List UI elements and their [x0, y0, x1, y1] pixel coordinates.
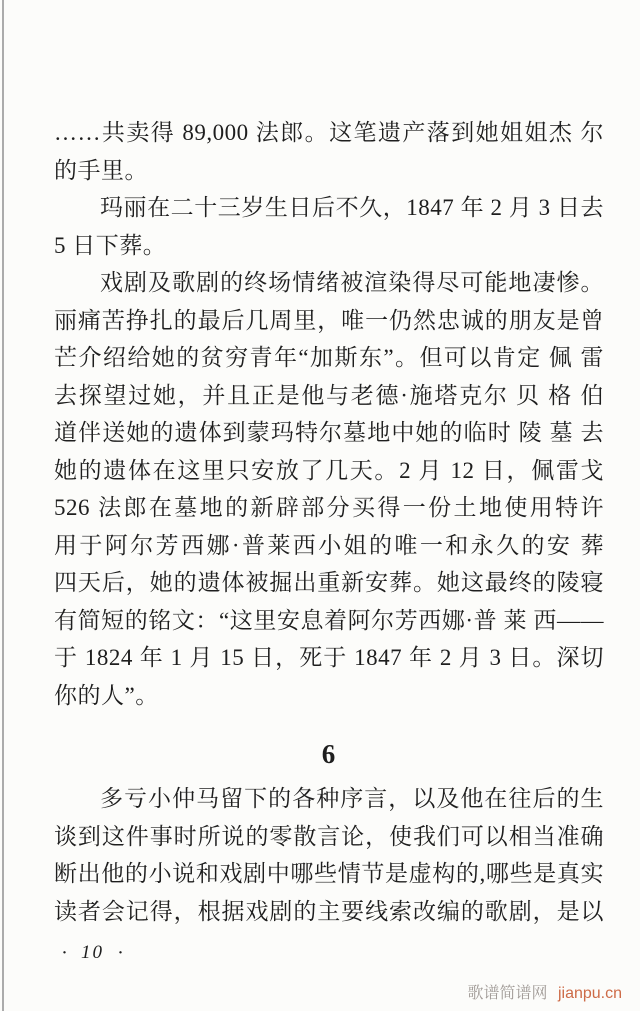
page-number-value: 10 [81, 942, 104, 964]
text-line: 多亏小仲马留下的各种序言，以及他在往后的生活中 [54, 780, 604, 818]
text-line: 读者会记得，根据戏剧的主要线索改编的歌剧，是以在玛 [54, 893, 604, 931]
paragraph-block-2: 多亏小仲马留下的各种序言，以及他在往后的生活中谈到这件事时所说的零散言论，使我们… [54, 780, 604, 930]
page-number: · 10 · [62, 939, 123, 967]
text-line: 断出他的小说和戏剧中哪些情节是虚构的,哪些是真实的。 [54, 855, 604, 893]
text-line: 四天后，她的遗体被掘出重新安葬。她这最终的陵寝上刻 [54, 564, 604, 602]
text-line: 去探望过她，并且正是他与老德·施塔克尔 贝 格 伯 爵一 [54, 377, 604, 415]
paragraph-block-1: ……共卖得 89,000 法郎。这笔遗产落到她姐姐杰 尔 非娜的手里。玛丽在二十… [54, 114, 604, 714]
text-line: 道伴送她的遗体到蒙玛特尔墓地中她的临时 陵 墓 去 的。 [54, 414, 604, 452]
text-line: 芒介绍给她的贫穷青年“加斯东”。但可以肯定 佩 雷戈也 [54, 339, 604, 377]
watermark-site-url: jianpu.cn [558, 985, 622, 1002]
text-line: 谈到这件事时所说的零散言论，使我们可以相当准确地推 [54, 818, 604, 856]
text-line: 戏剧及歌剧的终场情绪被渲染得尽可能地凄惨。在玛 [54, 264, 604, 302]
text-line: 5 日下葬。 [54, 227, 604, 265]
watermark-site-name: 歌谱简谱网 [467, 985, 547, 1002]
text-line: 丽痛苦挣扎的最后几周里，唯一仍然忠诚的朋友是曾把阿 [54, 302, 604, 340]
body-text: ……共卖得 89,000 法郎。这笔遗产落到她姐姐杰 尔 非娜的手里。玛丽在二十… [54, 114, 604, 930]
text-line: 的手里。 [54, 152, 604, 190]
watermark: 歌谱简谱网 jianpu.cn [467, 980, 622, 1003]
text-line: 有简短的铭文：“这里安息着阿尔芳西娜·普 莱 西——生 [54, 602, 604, 640]
text-line: 玛丽在二十三岁生日后不久，1847 年 2 月 3 日去世， [54, 189, 604, 227]
text-line: 你的人”。 [54, 677, 604, 715]
page-number-dot-right: · [118, 939, 123, 967]
text-line: 526 法郎在墓地的新辟部分买得一份土地使用特许权，“以 [54, 489, 604, 527]
scanned-book-page: ……共卖得 89,000 法郎。这笔遗产落到她姐姐杰 尔 非娜的手里。玛丽在二十… [0, 0, 640, 1011]
text-line: 她的遗体在这里只安放了几天。2 月 12 日，佩雷戈 用 了 [54, 452, 604, 490]
text-line: ……共卖得 89,000 法郎。这笔遗产落到她姐姐杰 尔 非娜 [54, 114, 604, 152]
text-line: 于 1824 年 1 月 15 日，死于 1847 年 2 月 3 日。深切 怀… [54, 639, 604, 677]
text-line: 用于阿尔芳西娜·普莱西小姐的唯一和永久的安 葬 地”。 [54, 527, 604, 565]
page-number-dot-left: · [62, 939, 67, 967]
scan-edge-line [2, 0, 4, 1011]
section-number-heading: 6 [54, 735, 604, 773]
